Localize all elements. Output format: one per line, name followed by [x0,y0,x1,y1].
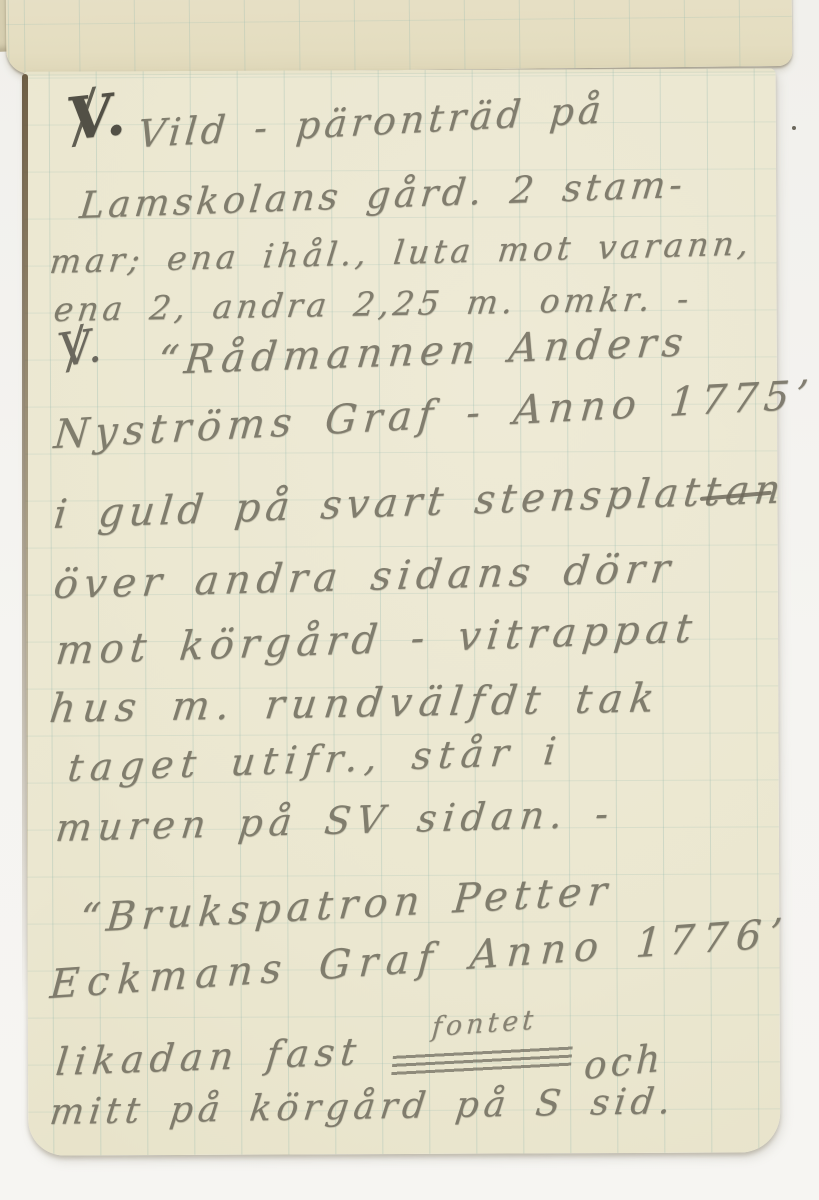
line-6: Nyströms Graf - Anno 1775’ [52,372,816,458]
strikethrough-scribble [391,1042,573,1082]
line-5: “Rådmannen Anders [156,319,692,384]
inserted-word: fontet [431,1005,538,1044]
notebook-photo: V.Vild - päronträd påLamskolans gård. 2 … [0,0,819,1200]
line-11: taget utifr., står i [66,729,565,790]
line-7: i guld på svart stensplattan [52,466,788,538]
line-8: över andra sidans dörr [51,546,678,608]
handwriting-layer: V.Vild - päronträd påLamskolans gård. 2 … [0,0,819,1200]
line-1: Vild - päronträd på [136,87,607,156]
line-4: ena 2, andra 2,25 m. omkr. - [52,279,695,329]
line-12: muren på SV sidan. - [53,791,616,850]
check-mark-1: V. [63,78,136,154]
line-3: mar; ena ihål., luta mot varann, [48,224,755,282]
line-2: Lamskolans gård. 2 stam- [78,163,688,227]
line-10: hus m. rundvälfdt tak [47,675,664,732]
check-mark-2: V. [55,316,110,378]
dust-speck [792,126,796,130]
line-15-start: likadan fast [54,1029,364,1084]
line-15-end: och [583,1035,665,1088]
line-16: mitt på körgård på S sid. [47,1081,677,1133]
line-9: mot körgård - vitrappat [54,605,700,674]
